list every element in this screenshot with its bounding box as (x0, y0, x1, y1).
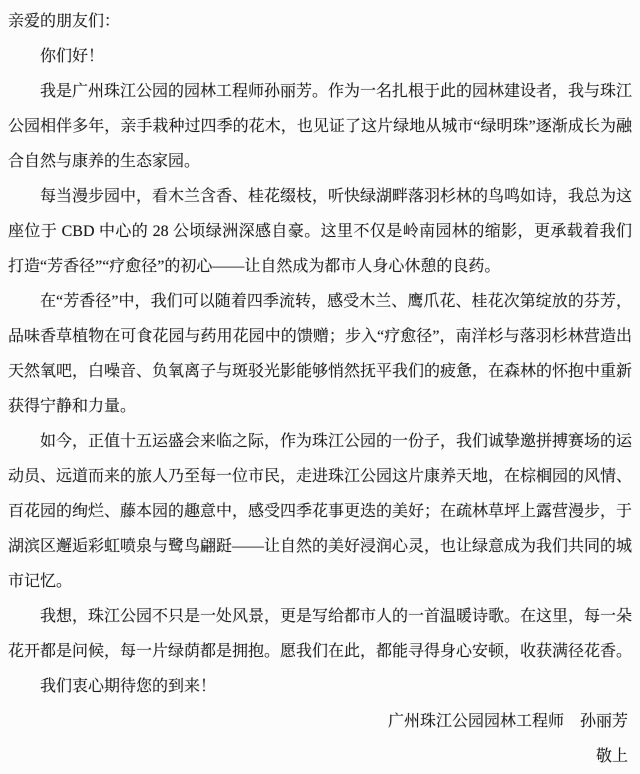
letter-signoff: 敬上 (8, 739, 632, 774)
letter-paragraph: 每当漫步园中，看木兰含香、桂花缀枝，听快绿湖畔落羽杉林的鸟鸣如诗，我总为这座位于… (8, 179, 632, 284)
letter-signature: 广州珠江公园园林工程师 孙丽芳 (8, 704, 632, 739)
letter-greeting: 你们好！ (8, 39, 632, 74)
letter-salutation: 亲爱的朋友们： (8, 4, 632, 39)
letter-document: 亲爱的朋友们： 你们好！ 我是广州珠江公园的园林工程师孙丽芳。作为一名扎根于此的… (0, 0, 640, 774)
letter-paragraph: 我想，珠江公园不只是一处风景，更是写给都市人的一首温暖诗歌。在这里，每一朵花开都… (8, 599, 632, 669)
letter-closing: 我们衷心期待您的到来！ (8, 669, 632, 704)
letter-paragraph: 如今，正值十五运盛会来临之际，作为珠江公园的一份子，我们诚挚邀拼搏赛场的运动员、… (8, 424, 632, 599)
letter-paragraph: 我是广州珠江公园的园林工程师孙丽芳。作为一名扎根于此的园林建设者，我与珠江公园相… (8, 74, 632, 179)
letter-paragraph: 在“芳香径”中，我们可以随着四季流转，感受木兰、鹰爪花、桂花次第绽放的芬芳，品味… (8, 284, 632, 424)
